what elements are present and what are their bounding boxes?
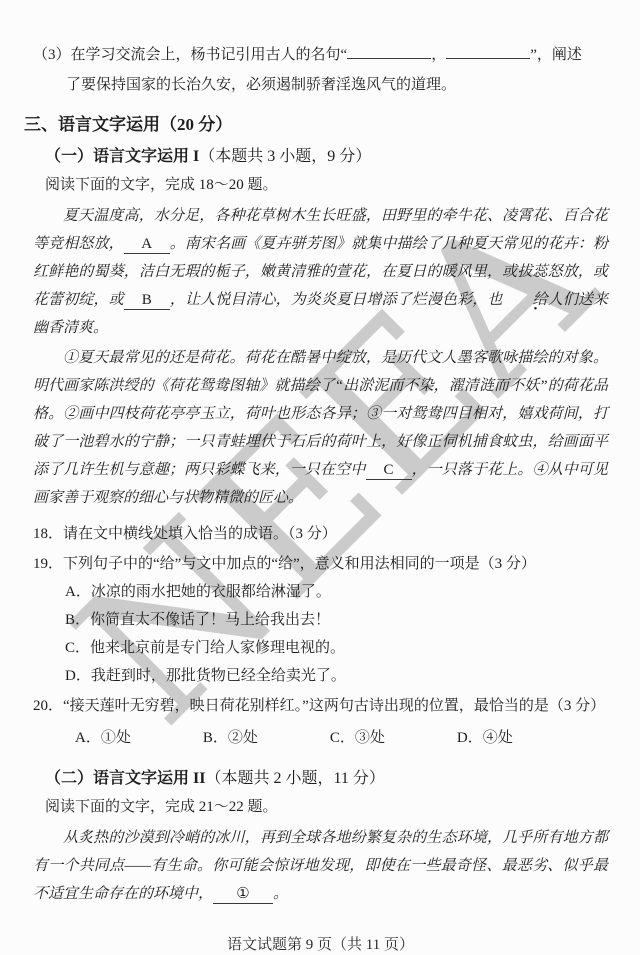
q19-option-c: C．他来北京前是专门给人家修理电视的。 bbox=[65, 634, 608, 662]
blank-empty bbox=[347, 58, 431, 59]
part2-heading-note: （本题共 2 小题，11 分） bbox=[205, 770, 384, 787]
question-19: 19．下列句子中的“给”与文中加点的“给”，意义和用法相同的一项是（3 分） bbox=[33, 550, 608, 578]
blank-①: ① bbox=[213, 886, 273, 904]
part1-heading: （一）语言文字运用 I（本题共 3 小题，9 分） bbox=[45, 144, 608, 170]
question-3-line2: 了要保持国家的长治久安，必须遏制骄奢淫逸风气的道理。 bbox=[33, 70, 608, 100]
question-3-line1: （3）在学习交流会上，杨书记引用古人的名句“，”，阐述 bbox=[33, 40, 608, 70]
question-3-block: （3）在学习交流会上，杨书记引用古人的名句“，”，阐述 了要保持国家的长治久安，… bbox=[33, 40, 608, 100]
q19-option-b: B．你简直太不像话了！马上给我出去！ bbox=[65, 606, 608, 634]
passage1-paragraph1: 夏天温度高，水分足，各种花草树木生长旺盛，田野里的牵牛花、凌霄花、百合花等竞相怒… bbox=[33, 202, 608, 342]
question-19-options: A．冰凉的雨水把她的衣服都给淋湿了。B．你简直太不像话了！马上给我出去！C．他来… bbox=[65, 578, 608, 690]
blank-B: B bbox=[124, 292, 170, 310]
section-title: 三、语言文字运用（20 分） bbox=[24, 112, 608, 138]
part1-heading-note: （本题共 3 小题，9 分） bbox=[199, 148, 371, 165]
question-3-text: 在学习交流会上，杨书记引用古人的名句“，”，阐述 bbox=[71, 47, 582, 63]
part1-intro: 阅读下面的文字，完成 18～20 题。 bbox=[45, 172, 608, 198]
blank-A: A bbox=[124, 236, 170, 254]
part2-heading: （二）语言文字运用 II（本题共 2 小题，11 分） bbox=[45, 766, 608, 792]
q19-option-a: A．冰凉的雨水把她的衣服都给淋湿了。 bbox=[65, 578, 608, 606]
exam-page: NEEA （3）在学习交流会上，杨书记引用古人的名句“，”，阐述 了要保持国家的… bbox=[0, 0, 640, 955]
passage2-paragraph: 从炙热的沙漠到冷峭的冰川，再到全球各地纷繁复杂的生态环境，几乎所有地方都有一个共… bbox=[33, 824, 608, 908]
emphasis-dotted-char: 给 bbox=[502, 286, 547, 314]
q20-option-d: D．④处 bbox=[457, 726, 513, 750]
question-18: 18．请在文中横线处填入恰当的成语。（3 分） bbox=[33, 520, 608, 548]
exam-content: （3）在学习交流会上，杨书记引用古人的名句“，”，阐述 了要保持国家的长治久安，… bbox=[0, 0, 640, 955]
question-3-number: （3） bbox=[33, 47, 71, 63]
question-20-options: A．①处B．②处C．③处D．④处 bbox=[75, 726, 608, 750]
blank-empty bbox=[446, 58, 530, 59]
part2-heading-title: （二）语言文字运用 II bbox=[45, 770, 205, 787]
part1-heading-title: （一）语言文字运用 I bbox=[45, 148, 199, 165]
q20-option-c: C．③处 bbox=[330, 726, 385, 750]
question-20: 20．“接天莲叶无穷碧，映日荷花别样红。”这两句古诗出现的位置，最恰当的是（3 … bbox=[33, 692, 608, 720]
passage1-paragraph2: ①夏天最常见的还是荷花。荷花在酷暑中绽放，是历代文人墨客歌咏描绘的对象。明代画家… bbox=[33, 344, 608, 512]
page-footer: 语文试题第 9 页（共 11 页） bbox=[33, 934, 608, 955]
q20-option-b: B．②处 bbox=[203, 726, 258, 750]
part2-intro: 阅读下面的文字，完成 21～22 题。 bbox=[45, 794, 608, 820]
q19-option-d: D．我赶到时，那批货物已经全给卖光了。 bbox=[65, 662, 608, 690]
blank-C: C bbox=[366, 462, 412, 480]
q20-option-a: A．①处 bbox=[75, 726, 131, 750]
